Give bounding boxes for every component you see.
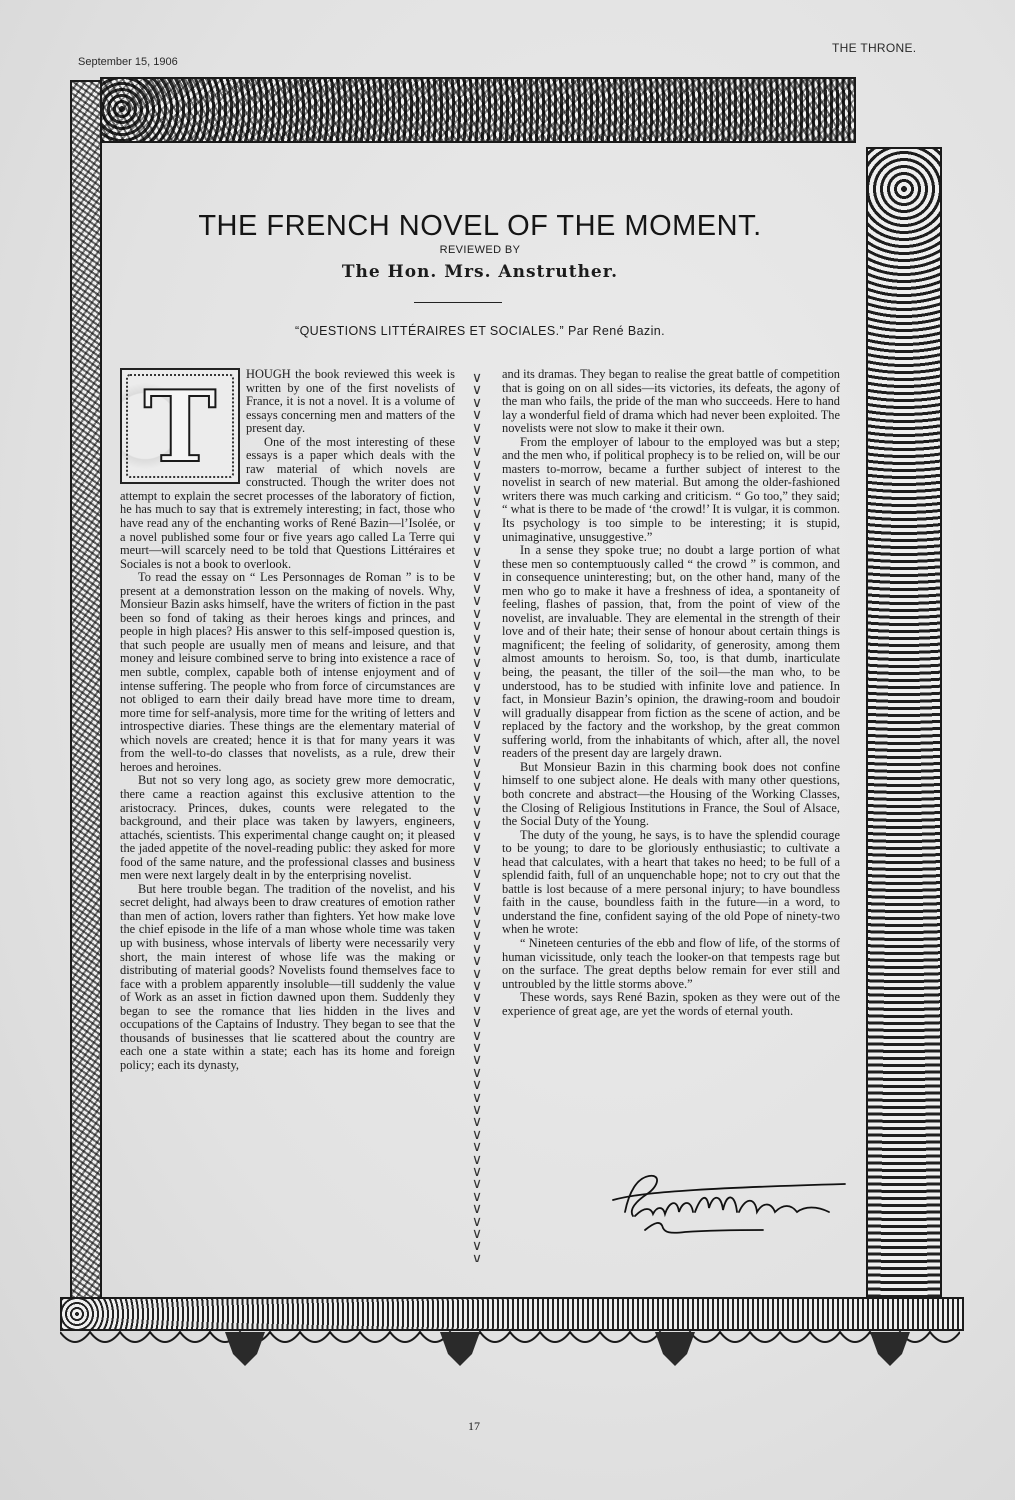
paragraph: To read the essay on “ Les Personnages d… — [120, 571, 455, 774]
author-signature — [605, 1172, 855, 1242]
ornamental-border-top — [100, 77, 856, 143]
left-column: T HOUGH the book reviewed this week is w… — [120, 368, 455, 1072]
ornamental-border-right — [866, 147, 942, 1301]
paragraph: But here trouble began. The tradition of… — [120, 883, 455, 1073]
publication-name: THE THRONE. — [832, 41, 916, 55]
right-column: and its dramas. They began to realise th… — [502, 368, 840, 1018]
article-title: THE FRENCH NOVEL OF THE MOMENT. — [120, 210, 840, 243]
chevron-icon: ∨ — [472, 1253, 482, 1262]
chevron-column-divider: ∨∨∨∨∨∨∨∨∨∨∨∨∨∨∨∨∨∨∨∨∨∨∨∨∨∨∨∨∨∨∨∨∨∨∨∨∨∨∨∨… — [468, 372, 486, 1262]
issue-date: September 15, 1906 — [78, 56, 178, 68]
reviewed-by-label: REVIEWED BY — [120, 244, 840, 256]
paragraph: But Monsieur Bazin in this charming book… — [502, 761, 840, 829]
page-number: 17 — [468, 1419, 480, 1434]
book-subtitle: “QUESTIONS LITTÉRAIRES ET SOCIALES.” Par… — [120, 324, 840, 338]
paragraph: and its dramas. They began to realise th… — [502, 368, 840, 436]
reviewer-name: The Hon. Mrs. Anstruther. — [120, 262, 840, 282]
ornamental-border-bottom — [60, 1297, 964, 1331]
gothic-arch-fringe — [60, 1330, 960, 1370]
paragraph: From the employer of labour to the emplo… — [502, 436, 840, 544]
paragraph: In a sense they spoke true; no doubt a l… — [502, 544, 840, 761]
ornamental-border-left — [70, 80, 102, 1299]
drop-cap-letter: T — [122, 378, 238, 478]
paragraph: The duty of the young, he says, is to ha… — [502, 829, 840, 937]
illuminated-drop-cap: T — [120, 368, 240, 484]
paragraph: These words, says René Bazin, spoken as … — [502, 991, 840, 1018]
quotation: “ Nineteen centuries of the ebb and flow… — [502, 937, 840, 991]
paragraph: But not so very long ago, as society gre… — [120, 774, 455, 882]
title-rule — [414, 302, 502, 303]
